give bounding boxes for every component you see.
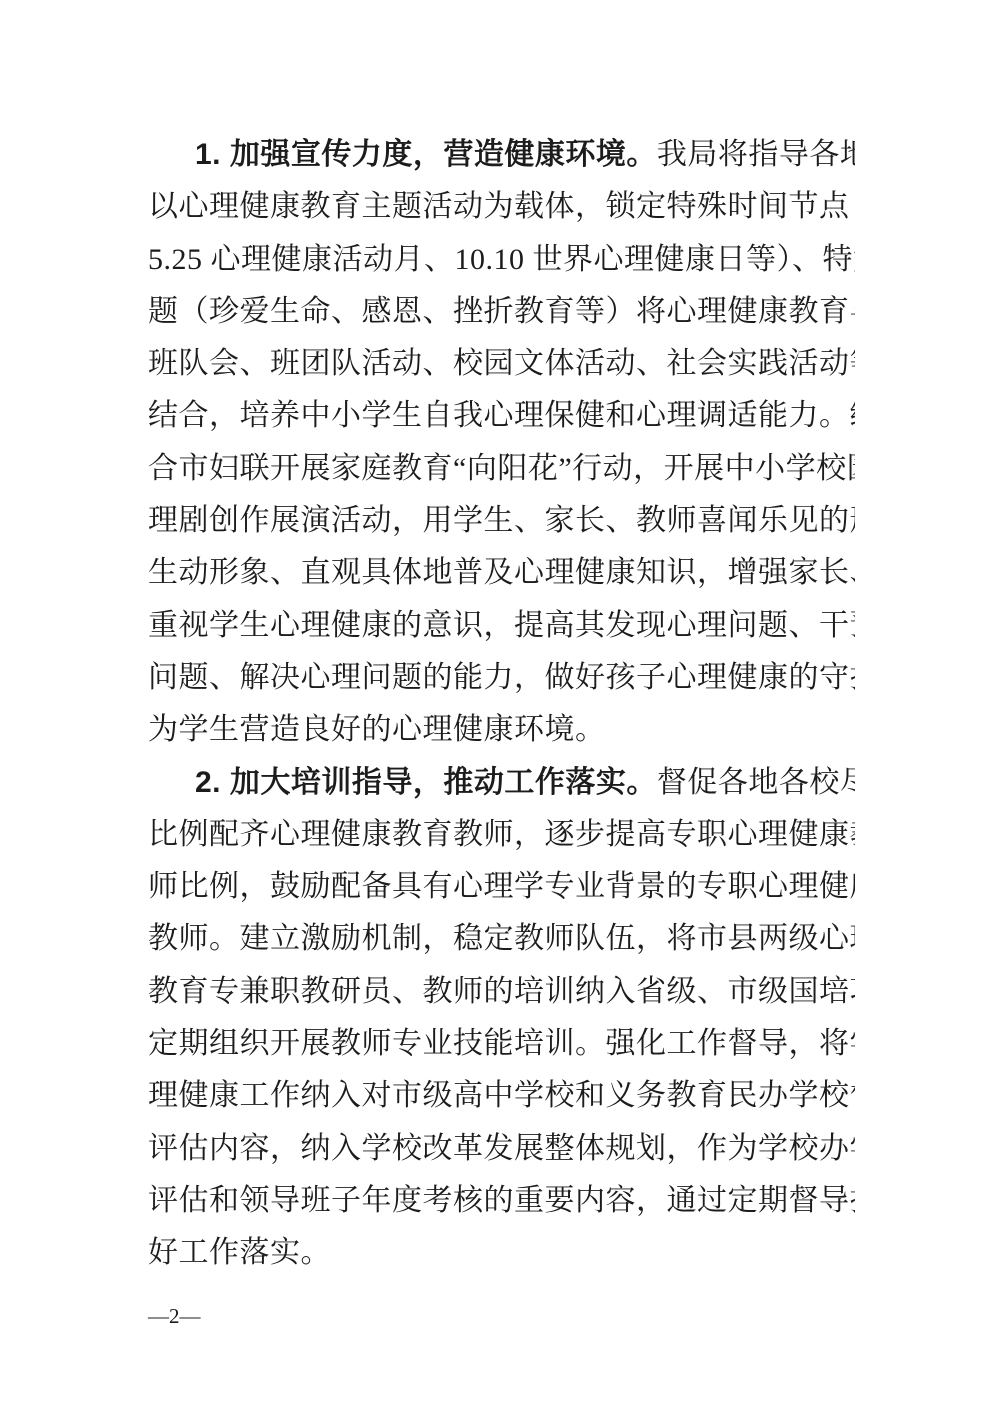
line-text: 好工作落实。 bbox=[148, 1236, 331, 1269]
line-text: 班队会、班团队活动、校园文体活动、社会实践活动等有机 bbox=[148, 347, 855, 380]
line-text: 评估内容，纳入学校改革发展整体规划，作为学校办学水平 bbox=[148, 1132, 855, 1165]
line-text: 合市妇联开展家庭教育“向阳花”行动，开展中小学校园心 bbox=[148, 452, 855, 485]
text-line: 比例配齐心理健康教育教师，逐步提高专职心理健康教育教 bbox=[148, 809, 855, 861]
paragraph-heading: 1. 加强宣传力度，营造健康环境。 bbox=[195, 138, 657, 171]
line-text: 比例配齐心理健康教育教师，逐步提高专职心理健康教育教 bbox=[148, 818, 855, 851]
text-line: 班队会、班团队活动、校园文体活动、社会实践活动等有机 bbox=[148, 338, 855, 390]
line-text: 理健康工作纳入对市级高中学校和义务教育民办学校督导 bbox=[148, 1079, 855, 1112]
text-line: 5.25 心理健康活动月、10.10 世界心理健康日等）、特定主 bbox=[148, 234, 855, 286]
line-text: 重视学生心理健康的意识，提高其发现心理问题、干预心理 bbox=[148, 609, 855, 642]
text-line: 结合，培养中小学生自我心理保健和心理调适能力。继续联 bbox=[148, 390, 855, 442]
line-text: 评估和领导班子年度考核的重要内容，通过定期督导推动抓 bbox=[148, 1184, 855, 1217]
paragraph-heading: 2. 加大培训指导，推动工作落实。 bbox=[195, 766, 657, 799]
line-text: 5.25 心理健康活动月、10.10 世界心理健康日等）、特定主 bbox=[148, 243, 855, 276]
text-line: 评估内容，纳入学校改革发展整体规划，作为学校办学水平 bbox=[148, 1123, 855, 1175]
line-text: 以心理健康教育主题活动为载体，锁定特殊时间节点（如 bbox=[148, 190, 855, 223]
line-text: 生动形象、直观具体地普及心理健康知识，增强家长、教师 bbox=[148, 556, 855, 589]
line-text: 我局将指导各地各校 bbox=[657, 138, 855, 171]
text-line: 师比例，鼓励配备具有心理学专业背景的专职心理健康教育 bbox=[148, 861, 855, 913]
text-line: 教育专兼职教研员、教师的培训纳入省级、市级国培项目， bbox=[148, 966, 855, 1018]
text-line: 定期组织开展教师专业技能培训。强化工作督导，将学生心 bbox=[148, 1018, 855, 1070]
line-text: 题（珍爱生命、感恩、挫折教育等）将心理健康教育与主题 bbox=[148, 295, 855, 328]
text-line: 理健康工作纳入对市级高中学校和义务教育民办学校督导 bbox=[148, 1070, 855, 1122]
text-line: 生动形象、直观具体地普及心理健康知识，增强家长、教师 bbox=[148, 547, 855, 599]
line-text: 结合，培养中小学生自我心理保健和心理调适能力。继续联 bbox=[148, 399, 855, 432]
line-text: 问题、解决心理问题的能力，做好孩子心理健康的守护者， bbox=[148, 661, 855, 694]
line-text: 师比例，鼓励配备具有心理学专业背景的专职心理健康教育 bbox=[148, 870, 855, 903]
line-text: 教育专兼职教研员、教师的培训纳入省级、市级国培项目， bbox=[148, 975, 855, 1008]
page-number: —2— bbox=[148, 1303, 201, 1329]
text-line: 好工作落实。 bbox=[148, 1227, 855, 1279]
text-line: 问题、解决心理问题的能力，做好孩子心理健康的守护者， bbox=[148, 652, 855, 704]
text-line: 教师。建立激励机制，稳定教师队伍，将市县两级心理健康 bbox=[148, 913, 855, 965]
text-line: 以心理健康教育主题活动为载体，锁定特殊时间节点（如 bbox=[148, 181, 855, 233]
text-line: 理剧创作展演活动，用学生、家长、教师喜闻乐见的形式， bbox=[148, 495, 855, 547]
document-body: 1. 加强宣传力度，营造健康环境。我局将指导各地各校以心理健康教育主题活动为载体… bbox=[148, 129, 855, 1280]
text-line: 评估和领导班子年度考核的重要内容，通过定期督导推动抓 bbox=[148, 1175, 855, 1227]
document-page: 1. 加强宣传力度，营造健康环境。我局将指导各地各校以心理健康教育主题活动为载体… bbox=[0, 0, 1000, 1414]
line-text: 为学生营造良好的心理健康环境。 bbox=[148, 713, 606, 746]
text-line: 2. 加大培训指导，推动工作落实。督促各地各校尽快按 bbox=[148, 757, 855, 809]
line-text: 督促各地各校尽快按 bbox=[657, 766, 855, 799]
text-line: 1. 加强宣传力度，营造健康环境。我局将指导各地各校 bbox=[148, 129, 855, 181]
text-line: 为学生营造良好的心理健康环境。 bbox=[148, 704, 855, 756]
line-text: 理剧创作展演活动，用学生、家长、教师喜闻乐见的形式， bbox=[148, 504, 855, 537]
text-line: 重视学生心理健康的意识，提高其发现心理问题、干预心理 bbox=[148, 600, 855, 652]
line-text: 定期组织开展教师专业技能培训。强化工作督导，将学生心 bbox=[148, 1027, 855, 1060]
text-line: 题（珍爱生命、感恩、挫折教育等）将心理健康教育与主题 bbox=[148, 286, 855, 338]
line-text: 教师。建立激励机制，稳定教师队伍，将市县两级心理健康 bbox=[148, 922, 855, 955]
text-line: 合市妇联开展家庭教育“向阳花”行动，开展中小学校园心 bbox=[148, 443, 855, 495]
